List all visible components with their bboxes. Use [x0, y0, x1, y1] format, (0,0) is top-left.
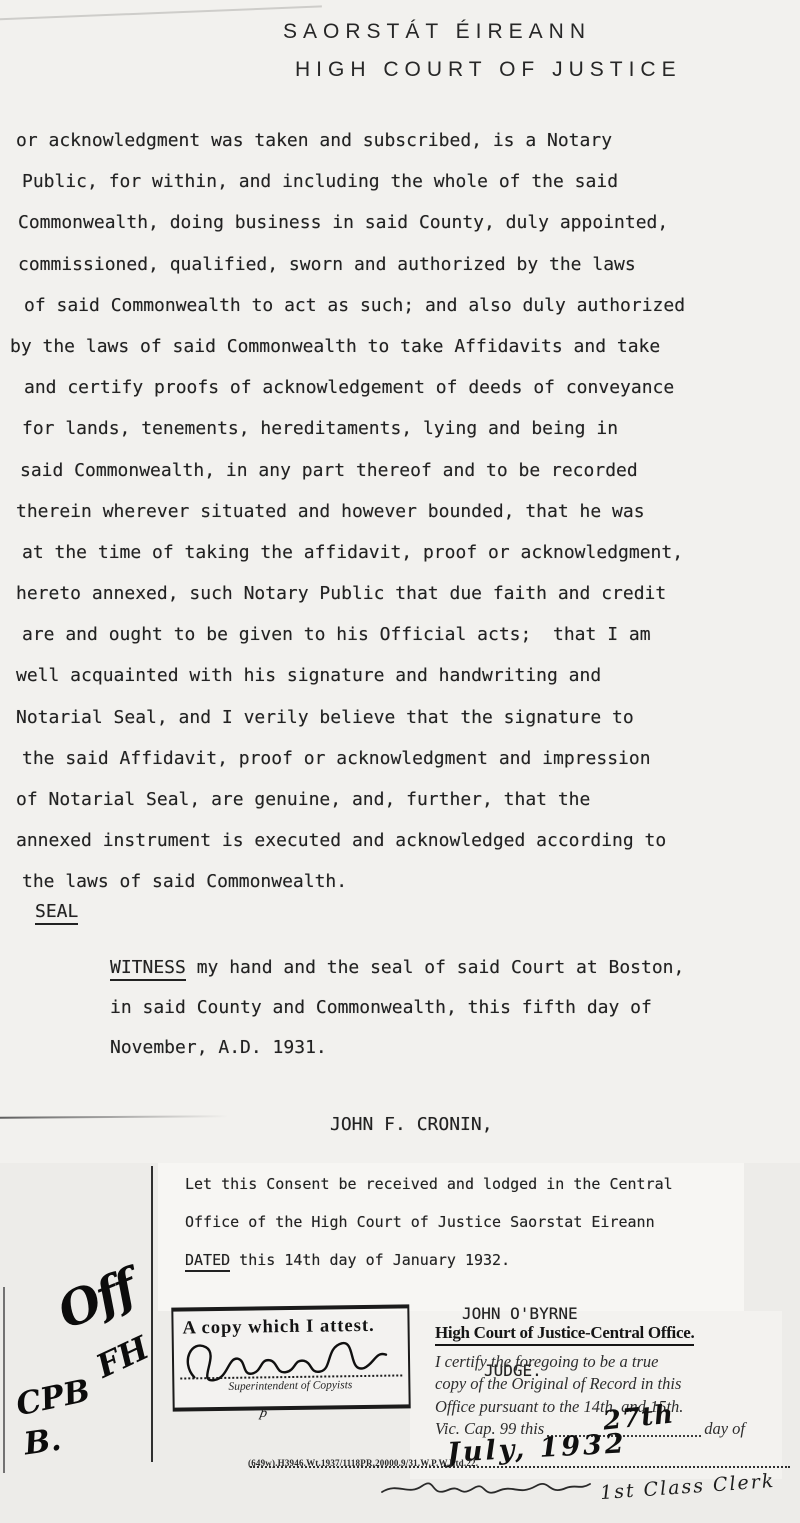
body-line: and certify proofs of acknowledgement of… — [24, 367, 794, 408]
scan-artifact-line-top — [0, 5, 322, 20]
body-line: the laws of said Commonwealth. — [22, 861, 794, 902]
letterhead-saorstat-eireann: SAORSTÁT ÉIREANN — [283, 20, 591, 44]
witness-keyword: WITNESS — [110, 957, 186, 981]
office-stamp-body: I certify the foregoing to be a true cop… — [435, 1351, 765, 1441]
superintendent-title: Superintendent of Copyists — [228, 1379, 352, 1393]
body-line: or acknowledgment was taken and subscrib… — [16, 120, 794, 161]
margin-initials-4: B. — [22, 1422, 64, 1463]
scanned-document-page: SAORSTÁT ÉIREANN HIGH COURT OF JUSTICE o… — [0, 0, 800, 1523]
body-line: the said Affidavit, proof or acknowledgm… — [22, 738, 794, 779]
certify-line-2: copy of the Original of Record in this — [435, 1373, 765, 1395]
consent-line-3: DATED this 14th day of January 1932. — [185, 1241, 673, 1279]
body-line: well acquainted with his signature and h… — [16, 655, 794, 696]
clerk-name: JOHN F. CRONIN, — [330, 1114, 493, 1135]
scan-artifact-line-middle — [0, 1115, 228, 1119]
office-stamp-title: High Court of Justice-Central Office. — [435, 1323, 694, 1346]
witness-line-2: in said County and Commonwealth, this fi… — [110, 988, 684, 1028]
witness-line-1-rest: my hand and the seal of said Court at Bo… — [186, 957, 685, 978]
slip-edge-rule — [3, 1287, 5, 1473]
certify-line-3: Office pursuant to the 14th. and 15th. — [435, 1396, 765, 1418]
attest-stamp-box: A copy which I attest. Superintendent of… — [171, 1304, 410, 1411]
body-line: Notarial Seal, and I verily believe that… — [16, 697, 794, 738]
body-line: for lands, tenements, hereditaments, lyi… — [22, 408, 794, 449]
dated-keyword: DATED — [185, 1251, 230, 1272]
stray-pen-mark: p — [259, 1406, 269, 1423]
certify-line-4-suffix: day of — [704, 1418, 745, 1440]
witness-line-3: November, A.D. 1931. — [110, 1028, 684, 1068]
body-line: of Notarial Seal, are genuine, and, furt… — [16, 779, 794, 820]
body-line: of said Commonwealth to act as such; and… — [24, 285, 794, 326]
certify-line-1: I certify the foregoing to be a true — [435, 1351, 765, 1373]
body-line: hereto annexed, such Notary Public that … — [16, 573, 794, 614]
judge-name: JOHN O'BYRNE — [462, 1304, 578, 1323]
witness-clause: WITNESS my hand and the seal of said Cou… — [110, 948, 684, 1068]
consent-order-text: Let this Consent be received and lodged … — [185, 1165, 673, 1279]
body-line: therein wherever situated and however bo… — [16, 491, 794, 532]
body-line: Public, for within, and including the wh… — [22, 161, 794, 202]
letterhead-high-court: HIGH COURT OF JUSTICE — [295, 58, 682, 82]
affidavit-body-paragraph: or acknowledgment was taken and subscrib… — [8, 120, 794, 903]
body-line: annexed instrument is executed and ackno… — [16, 820, 794, 861]
slip-left-rule — [151, 1166, 153, 1462]
consent-line-2: Office of the High Court of Justice Saor… — [185, 1203, 673, 1241]
body-line: said Commonwealth, in any part thereof a… — [20, 450, 794, 491]
body-line: Commonwealth, doing business in said Cou… — [18, 202, 794, 243]
clerk-signature-scrawl — [378, 1468, 593, 1502]
body-line: at the time of taking the affidavit, pro… — [22, 532, 794, 573]
body-line: are and ought to be given to his Officia… — [22, 614, 794, 655]
body-line: by the laws of said Commonwealth to take… — [10, 326, 794, 367]
printer-code: (649w).H3946.Wt.1937/1118PR.20000.9/31.W… — [248, 1458, 478, 1468]
central-office-stamp: High Court of Justice-Central Office. I … — [435, 1323, 765, 1441]
seal-label: SEAL — [35, 901, 78, 925]
body-line: commissioned, qualified, sworn and autho… — [18, 244, 794, 285]
witness-line-1: WITNESS my hand and the seal of said Cou… — [110, 948, 684, 988]
consent-line-1: Let this Consent be received and lodged … — [185, 1165, 673, 1203]
